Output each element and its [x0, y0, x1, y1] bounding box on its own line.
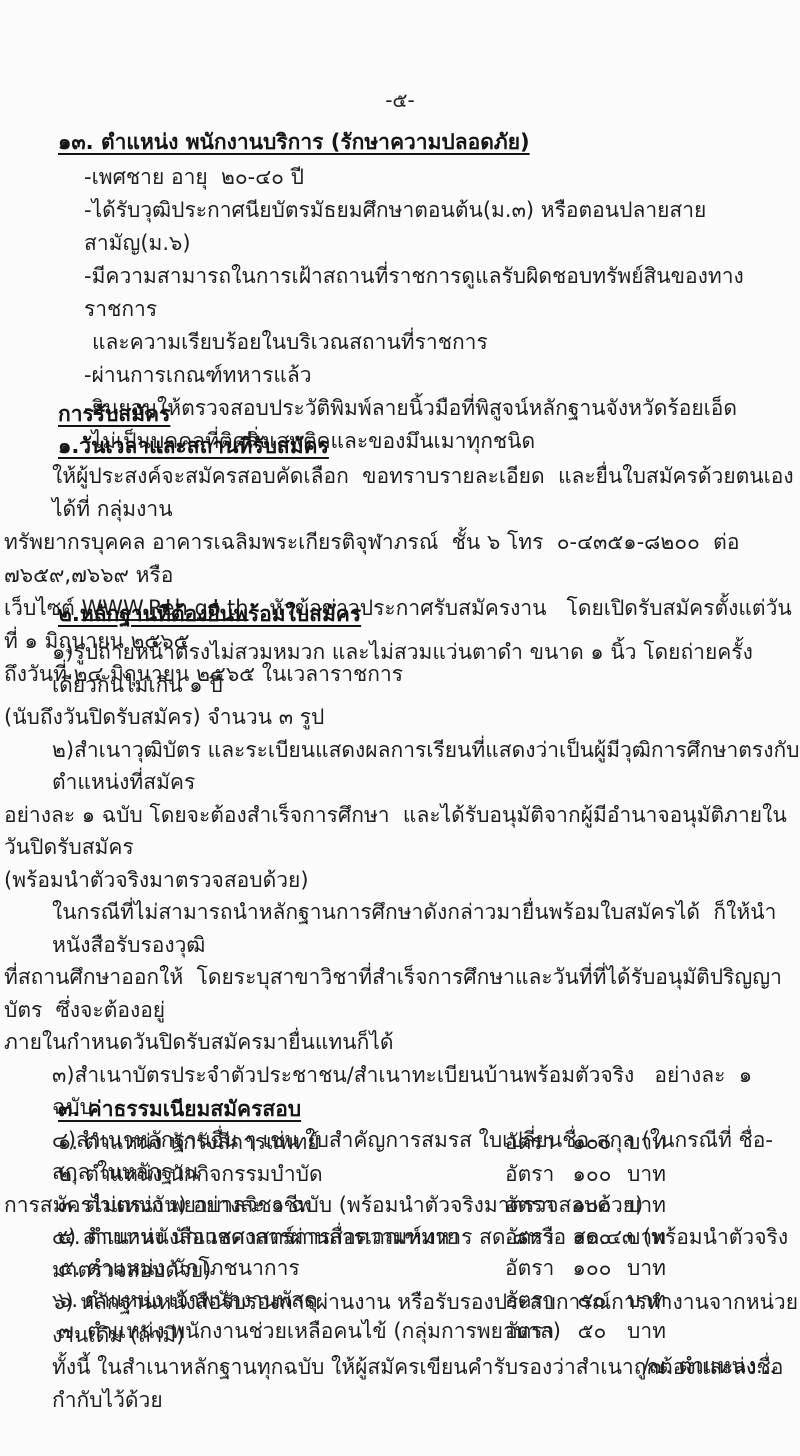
subsection-heading-documents: ๒.หลักฐานที่ต้องยื่นพร้อมใบสมัคร — [58, 598, 361, 631]
fee-rate-label: อัตรา — [505, 1158, 563, 1191]
qualification-line: -เพศชาย อายุ ๒๐-๔๐ ปี — [0, 161, 800, 194]
document-note-line: ภายในกำหนดวันปิดรับสมัครมายื่นแทนก็ได้ — [0, 1026, 800, 1059]
subsection-heading-date-place: ๑.วันเวลาและสถานที่รับสมัคร — [58, 430, 329, 463]
position-13-heading: ๑๓. ตำแหน่ง พนักงานบริการ (รักษาความปลอด… — [58, 126, 530, 159]
fee-amount: ๑๐๐ — [563, 1221, 621, 1254]
fee-position-name: ๑. ตำแหน่ง นักรังสีการแพทย์ — [58, 1126, 505, 1159]
fee-rate-label: อัตรา — [505, 1126, 563, 1159]
qualification-line: -ผ่านการเกณฑ์ทหารแล้ว — [0, 359, 800, 392]
fee-position-name: ๒. ตำแหน่ง นักกิจกรรมบำบัด — [58, 1158, 505, 1191]
fee-unit-label: บาท — [621, 1315, 666, 1348]
scanned-document-page: -๕- ๑๓. ตำแหน่ง พนักงานบริการ (รักษาความ… — [0, 0, 800, 1456]
fee-rate-label: อัตรา — [505, 1252, 563, 1285]
qualification-line: -ได้รับวุฒิประกาศนียบัตรมัธยมศึกษาตอนต้น… — [0, 194, 800, 260]
document-item-line: ๑)รูปถ่ายหน้าตรงไม่สวมหมวก และไม่สวมแว่น… — [0, 636, 800, 701]
fee-unit-label: บาท — [621, 1189, 666, 1222]
fee-row: ๓. ตำแหน่ง พยาบาลวิชาชีพ อัตรา ๑๐๐ บาท — [58, 1189, 800, 1221]
fee-amount: ๑๐๐ — [563, 1158, 621, 1191]
fee-rate-label: อัตรา — [505, 1189, 563, 1222]
fee-row: ๔. ตำแหน่ง นักเวชศาสตร์การสื่อความหมาย อ… — [58, 1221, 800, 1253]
qualification-line: -มีความสามารถในการเฝ้าสถานที่ราชการดูแลร… — [0, 260, 800, 326]
fee-amount: ๑๐๐ — [563, 1252, 621, 1285]
fee-position-name: ๖. ตำแหน่ง เจ้าพนักงานพัสดุ — [58, 1284, 505, 1317]
fee-unit-label: บาท — [621, 1221, 666, 1254]
document-note-line: ในกรณีที่ไม่สามารถนำหลักฐานการศึกษาดังกล… — [0, 896, 800, 961]
document-item-line: อย่างละ ๑ ฉบับ โดยจะต้องสำเร็จการศึกษา แ… — [0, 799, 800, 864]
fee-row: ๑. ตำแหน่ง นักรังสีการแพทย์ อัตรา ๑๐๐ บา… — [58, 1126, 800, 1158]
fee-amount: ๕๐ — [563, 1315, 621, 1348]
paragraph-line: ให้ผู้ประสงค์จะสมัครสอบคัดเลือก ขอทราบรา… — [0, 460, 800, 526]
document-item-line: (นับถึงวันปิดรับสมัคร) จำนวน ๓ รูป — [0, 701, 800, 734]
document-item-line: ๒)สำเนาวุฒิบัตร และระเบียนแสดงผลการเรียน… — [0, 734, 800, 799]
fee-unit-label: บาท — [621, 1252, 666, 1285]
section-heading-application: การรับสมัคร — [58, 398, 170, 431]
fee-row: ๕. ตำแหน่ง นักโภชนาการ อัตรา ๑๐๐ บาท — [58, 1252, 800, 1284]
page-number: -๕- — [0, 84, 800, 116]
page-continuation-marker: /๗. ตำแหน่ง... — [642, 1350, 776, 1383]
paragraph-line: ทรัพยากรบุคคล อาคารเฉลิมพระเกียรติจุฬาภร… — [0, 526, 800, 592]
fee-position-name: ๔. ตำแหน่ง นักเวชศาสตร์การสื่อความหมาย — [58, 1221, 505, 1254]
subsection-heading-fees: ๓. ค่าธรรมเนียมสมัครสอบ — [58, 1093, 301, 1126]
fee-rate-label: อัตรา — [505, 1284, 563, 1317]
fee-amount: ๑๐๐ — [563, 1189, 621, 1222]
fee-row: ๗. ตำแหน่ง พนักงานช่วยเหลือคนไข้ (กลุ่มก… — [58, 1315, 800, 1347]
fee-table: ๑. ตำแหน่ง นักรังสีการแพทย์ อัตรา ๑๐๐ บา… — [58, 1126, 800, 1347]
fee-position-name: ๗. ตำแหน่ง พนักงานช่วยเหลือคนไข้ (กลุ่มก… — [58, 1315, 505, 1348]
fee-rate-label: อัตรา — [505, 1315, 563, 1348]
document-note-line: ที่สถานศึกษาออกให้ โดยระบุสาขาวิชาที่สำเ… — [0, 961, 800, 1026]
fee-row: ๒. ตำแหน่ง นักกิจกรรมบำบัด อัตรา ๑๐๐ บาท — [58, 1158, 800, 1190]
fee-amount: ๑๐๐ — [563, 1126, 621, 1159]
document-item-line: (พร้อมนำตัวจริงมาตรวจสอบด้วย) — [0, 864, 800, 897]
fee-unit-label: บาท — [621, 1284, 666, 1317]
fee-unit-label: บาท — [621, 1126, 666, 1159]
fee-row: ๖. ตำแหน่ง เจ้าพนักงานพัสดุ อัตรา ๕๐ บาท — [58, 1284, 800, 1316]
fee-amount: ๕๐ — [563, 1284, 621, 1317]
fee-unit-label: บาท — [621, 1158, 666, 1191]
fee-position-name: ๓. ตำแหน่ง พยาบาลวิชาชีพ — [58, 1189, 505, 1222]
fee-position-name: ๕. ตำแหน่ง นักโภชนาการ — [58, 1252, 505, 1285]
qualification-line: และความเรียบร้อยในบริเวณสถานที่ราชการ — [0, 326, 800, 359]
fee-rate-label: อัตรา — [505, 1221, 563, 1254]
